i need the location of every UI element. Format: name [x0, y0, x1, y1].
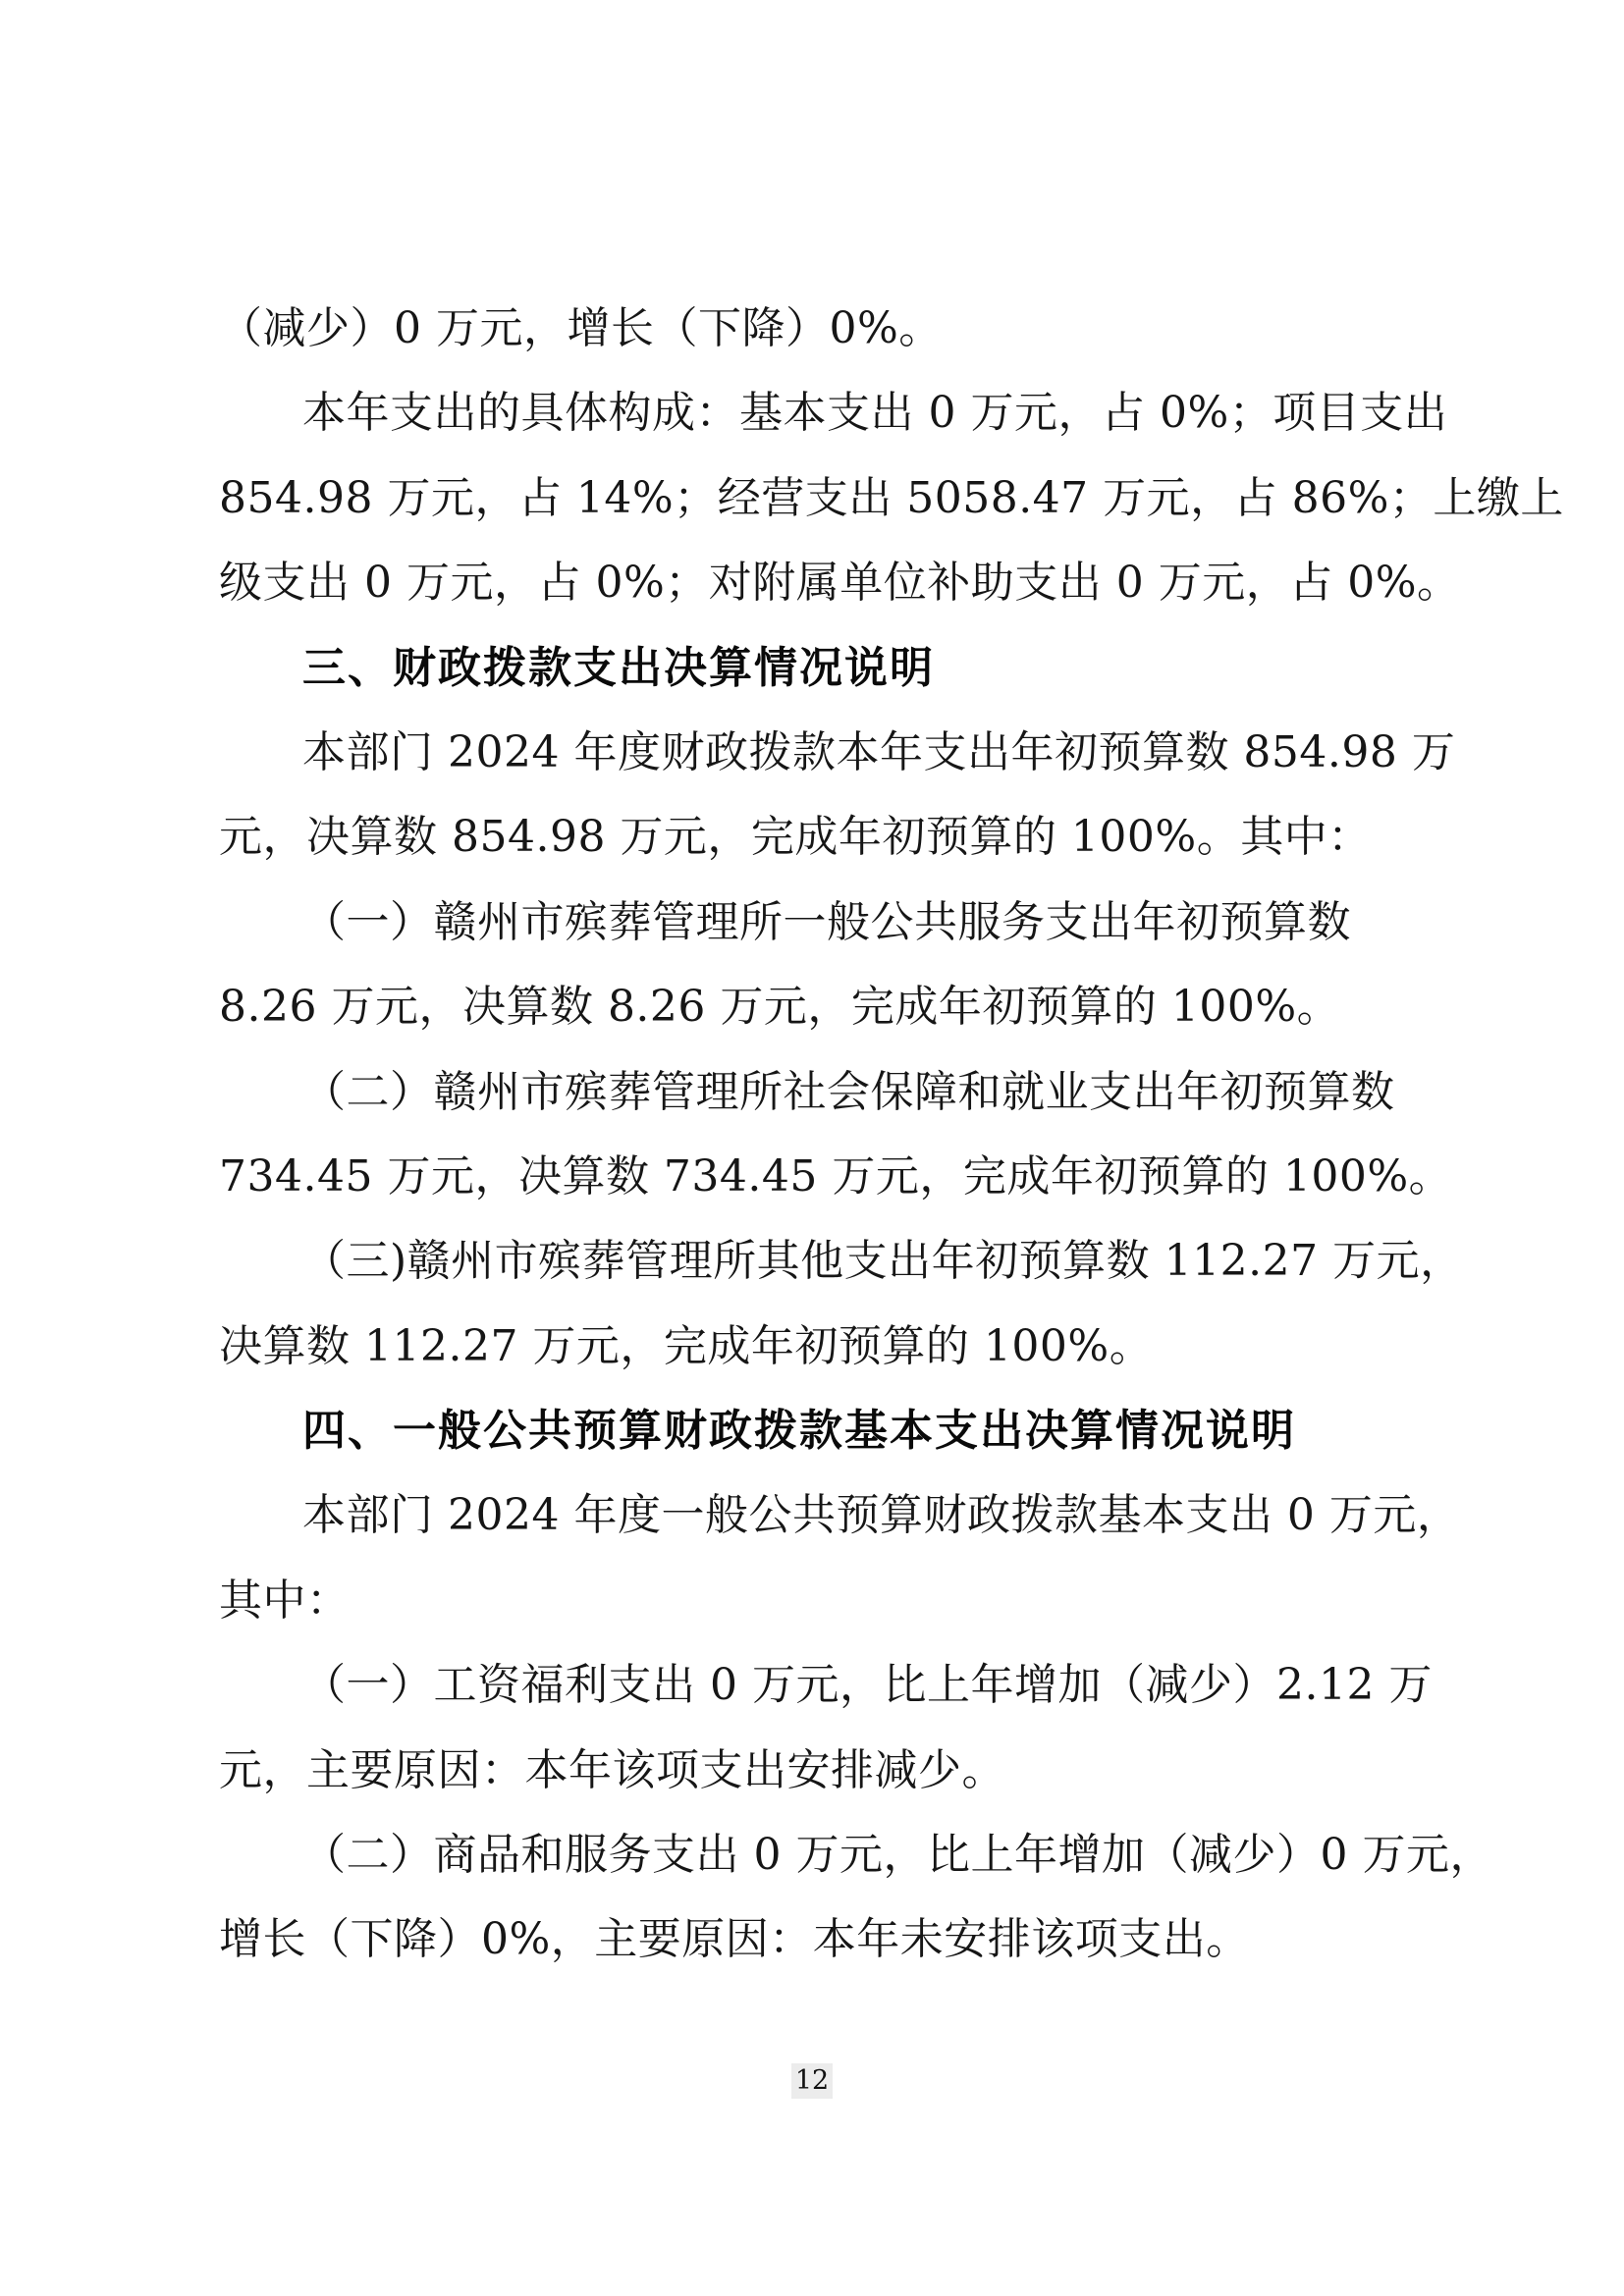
body-line: （二）赣州市殡葬管理所社会保障和就业支出年初预算数: [219, 1050, 1411, 1135]
body-line: 854.98 万元，占 14%；经营支出 5058.47 万元，占 86%；上缴…: [219, 456, 1411, 541]
body-line: 8.26 万元，决算数 8.26 万元，完成年初预算的 100%。: [219, 965, 1411, 1049]
body-line: （减少）0 万元，增长（下降）0%。: [219, 287, 1411, 371]
body-line: 本部门 2024 年度一般公共预算财政拨款基本支出 0 万元，: [219, 1473, 1411, 1558]
body-line: （二）商品和服务支出 0 万元，比上年增加（减少）0 万元，: [219, 1813, 1411, 1897]
body-line: （三)赣州市殡葬管理所其他支出年初预算数 112.27 万元，: [219, 1219, 1411, 1304]
body-line: 本部门 2024 年度财政拨款本年支出年初预算数 854.98 万: [219, 711, 1411, 795]
body-line: （一）工资福利支出 0 万元，比上年增加（减少）2.12 万: [219, 1643, 1411, 1728]
body-line: 决算数 112.27 万元，完成年初预算的 100%。: [219, 1305, 1411, 1389]
section-heading-3: 三、财政拨款支出决算情况说明: [219, 626, 1411, 711]
section-heading-4: 四、一般公共预算财政拨款基本支出决算情况说明: [219, 1389, 1411, 1473]
body-line: 增长（下降）0%，主要原因：本年未安排该项支出。: [219, 1897, 1411, 1982]
page-number: 12: [791, 2063, 833, 2099]
body-line: 本年支出的具体构成：基本支出 0 万元，占 0%；项目支出: [219, 371, 1411, 455]
body-line: （一）赣州市殡葬管理所一般公共服务支出年初预算数: [219, 881, 1411, 965]
body-line: 级支出 0 万元，占 0%；对附属单位补助支出 0 万元，占 0%。: [219, 541, 1411, 625]
body-line: 其中：: [219, 1559, 1411, 1643]
document-body: （减少）0 万元，增长（下降）0%。 本年支出的具体构成：基本支出 0 万元，占…: [219, 287, 1411, 1983]
body-line: 元，决算数 854.98 万元，完成年初预算的 100%。其中：: [219, 795, 1411, 880]
document-page: （减少）0 万元，增长（下降）0%。 本年支出的具体构成：基本支出 0 万元，占…: [0, 0, 1624, 2296]
body-line: 元，主要原因：本年该项支出安排减少。: [219, 1729, 1411, 1813]
page-footer: 12: [0, 2063, 1624, 2099]
body-line: 734.45 万元，决算数 734.45 万元，完成年初预算的 100%。: [219, 1135, 1411, 1219]
